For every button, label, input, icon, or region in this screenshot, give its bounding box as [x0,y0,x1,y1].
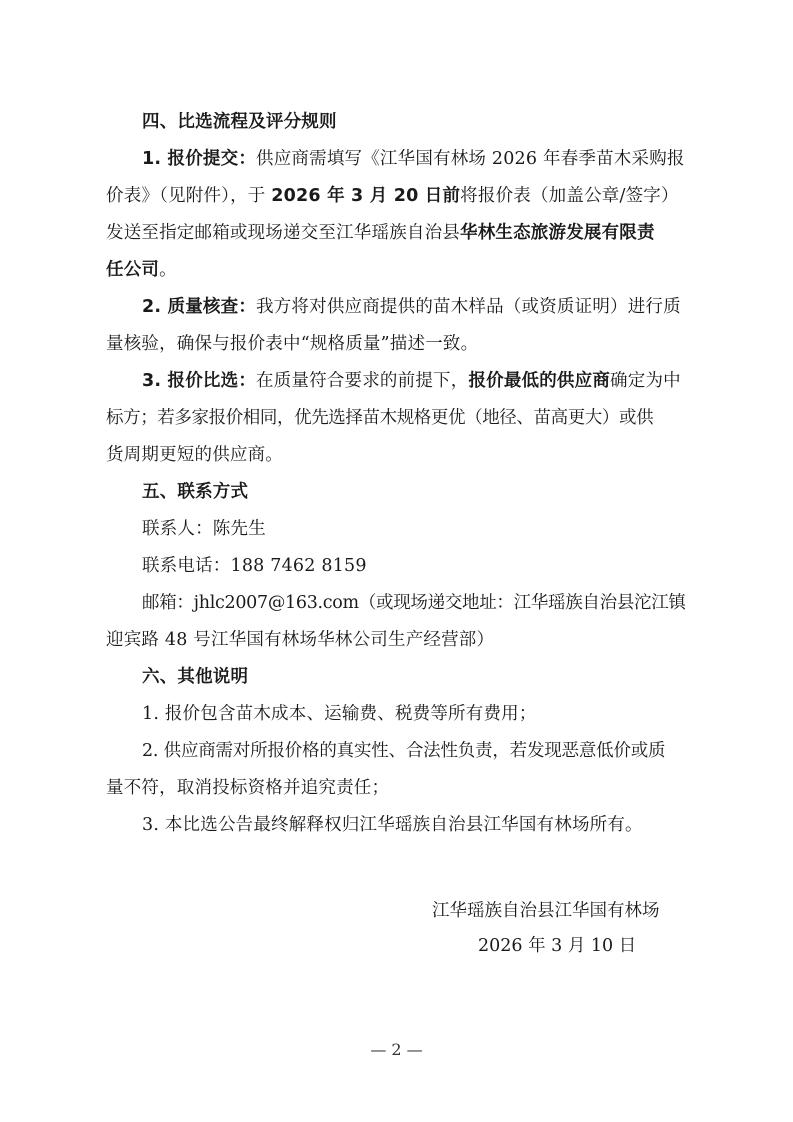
section-4-item-1-line-2: 价表》（见附件），于 2026 年 3 月 20 日前将报价表（加盖公章/签字） [106,178,694,215]
section-4-heading: 四、比选流程及评分规则 [106,104,694,141]
item-label: 2. 质量核查 [142,297,238,317]
item-label: 3. 报价比选 [142,371,238,391]
contact-email-line-1: 邮箱：jhlc2007@163.com（或现场递交地址：江华瑶族自治县沱江镇 [106,585,694,622]
section-6-item-2-line-1: 2. 供应商需对所报价格的真实性、合法性负责，若发现恶意低价或质 [106,733,694,770]
signature-organization: 江华瑶族自治县江华国有林场 [432,896,660,926]
section-6-item-3: 3. 本比选公告最终解释权归江华瑶族自治县江华国有林场所有。 [106,807,694,844]
lowest-bid-text: 报价最低的供应商 [468,371,610,391]
section-4-item-1-line-3: 发送至指定邮箱或现场递交至江华瑶族自治县华林生态旅游发展有限责 [106,215,694,252]
item-label: 1. 报价提交 [142,149,238,169]
section-6-heading: 六、其他说明 [106,659,694,696]
page-number: — 2 — [0,1040,793,1059]
contact-person: 联系人：陈先生 [106,511,694,548]
document-body: 四、比选流程及评分规则 1. 报价提交：供应商需填写《江华国有林场 2026 年… [106,104,694,844]
section-4-item-2-line-2: 量核验，确保与报价表中“规格质量”描述一致。 [106,326,694,363]
signature-date: 2026 年 3 月 10 日 [478,931,636,961]
section-6-item-2-line-2: 量不符，取消投标资格并追究责任； [106,770,694,807]
deadline-text: 2026 年 3 月 20 日前 [271,186,460,206]
contact-phone: 联系电话：188 7462 8159 [106,548,694,585]
section-4-item-3-line-2: 标方；若多家报价相同，优先选择苗木规格更优（地径、苗高更大）或供 [106,400,694,437]
section-4-item-3-line-3: 货周期更短的供应商。 [106,437,694,474]
contact-email-line-2: 迎宾路 48 号江华国有林场华林公司生产经营部） [106,622,694,659]
section-5-heading: 五、联系方式 [106,474,694,511]
section-4-item-2-line-1: 2. 质量核查：我方将对供应商提供的苗木样品（或资质证明）进行质 [106,289,694,326]
section-6-item-1: 1. 报价包含苗木成本、运输费、税费等所有费用； [106,696,694,733]
section-4-item-1-line-4: 任公司。 [106,252,694,289]
company-name: 华林生态旅游发展有限责 [460,223,655,243]
section-4-item-1-line-1: 1. 报价提交：供应商需填写《江华国有林场 2026 年春季苗木采购报 [106,141,694,178]
section-4-item-3-line-1: 3. 报价比选：在质量符合要求的前提下，报价最低的供应商确定为中 [106,363,694,400]
